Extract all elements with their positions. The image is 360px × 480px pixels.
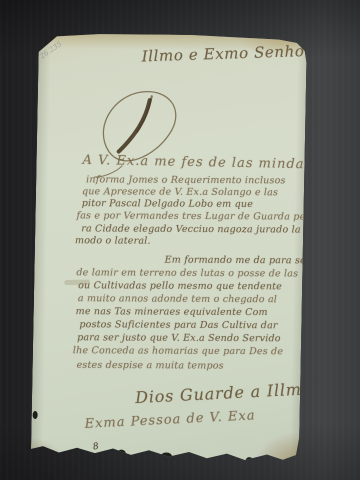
manuscript-line: postos Suficientes para Das Cultiva dar [79,319,277,331]
manuscript-line: a muito annos adonde tem o chegado al [78,293,277,305]
manuscript-line: Em formando me da para seguir [165,255,327,267]
manuscript-line: de lamir em terreno des lutas o posse de… [76,267,298,279]
manuscript-line: fas e por Vermandes tres Lugar de Guarda… [76,210,305,222]
closing-line-1: Dios Guarde a Illma [135,379,313,407]
paper-speck [33,411,38,419]
manuscript-line: estes despise a muita tempos [77,360,224,372]
manuscript-line: para ser justo que V. Ex.a Sendo Servido [77,332,281,344]
page-mark: 8 [92,442,100,453]
manuscript-line: informa Jomes o Requerimento inclusos [86,174,285,186]
archival-note: 26.235 [39,40,64,60]
manuscript-line: lhe Conceda as homarias que para Des de [73,345,283,357]
paper-speck [117,450,126,458]
paper-speck [161,452,172,459]
manuscript-line: ou Cultivadas pello mesmo que tendente [78,280,282,292]
photo-background: 26.235 Illmo e Exmo Senhor A V. Ex.a me … [0,0,360,480]
closing-line-2: Exma Pessoa de V. Exa [84,408,256,432]
manuscript-paper: 26.235 Illmo e Exmo Senhor A V. Ex.a me … [31,32,307,464]
manuscript-line: pitor Pascal Delgado Lobo em que [82,198,253,210]
paper-speck [246,457,253,463]
manuscript-line: modo o lateral. [75,235,151,246]
paper-stain [64,280,90,285]
manuscript-line: me nas Tas mineraes equivalente Com [76,306,268,318]
salutation-line: Illmo e Exmo Senhor [141,42,312,66]
manuscript-line: que Apresence de V. Ex.a Solango e las [82,186,278,198]
manuscript-line: ra Cidade elegado Vecciuo nagoza jurado … [81,223,301,235]
